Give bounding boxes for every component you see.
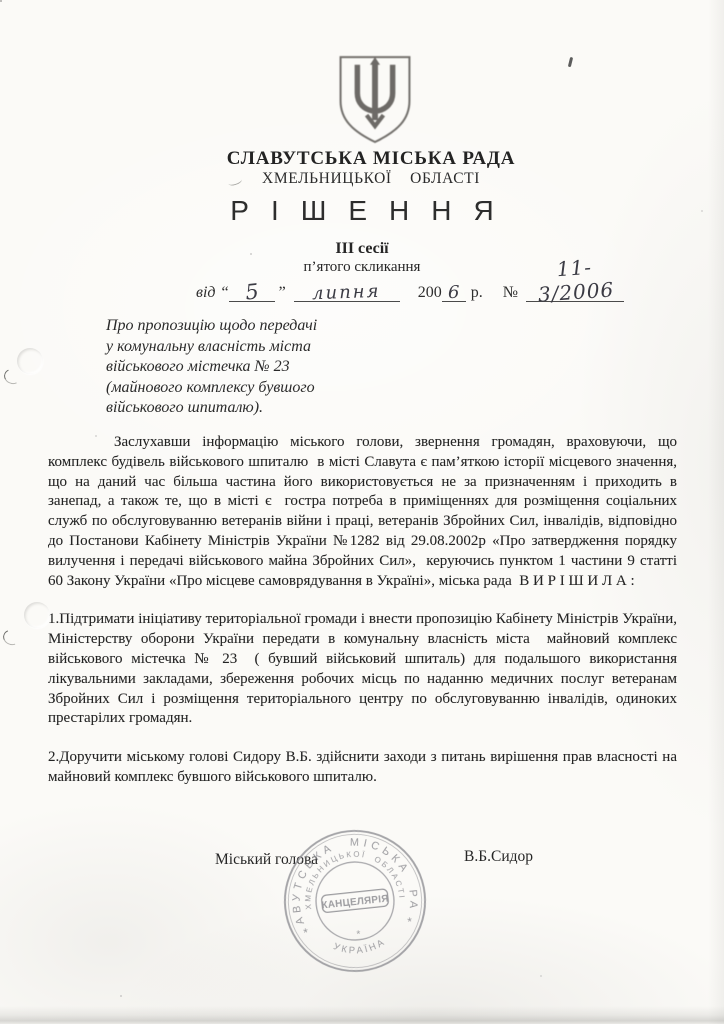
date-prefix: від [196, 284, 215, 302]
doc-number-field: 11-3/2006 [526, 253, 624, 302]
scan-smudge [568, 57, 573, 67]
number-sign: № [503, 284, 518, 302]
stamp-star-left: * [303, 926, 309, 940]
handwritten-year-digit: 6 [448, 282, 459, 303]
handwritten-month: липня [312, 281, 381, 304]
pen-tick-mark [1, 627, 22, 647]
month-field: липня [294, 280, 400, 302]
document-type-title: РІШЕННЯ [0, 195, 724, 227]
office-round-stamp: СЛАВУТСЬКА МІСЬКА РАДА ХМЕЛЬНИЦЬКОЇ ОБЛА… [274, 820, 437, 983]
bottom-scan-shadow [0, 1006, 724, 1024]
document-body: Заслухавши інформацію міського голови, з… [48, 433, 677, 807]
scan-speckles [0, 0, 2, 2]
stamp-ring-outer-text: СЛАВУТСЬКА МІСЬКА РАДА [274, 820, 421, 928]
ukraine-trident-emblem-icon [333, 52, 417, 148]
close-quote: ” [279, 284, 286, 302]
handwritten-doc-number: 11-3/2006 [525, 253, 626, 308]
resolution-item-2: 2.Доручити міському голові Сидору В.Б. з… [48, 748, 677, 788]
signer-name: В.Б.Сидор [464, 848, 533, 866]
open-quote: “ [221, 284, 228, 302]
year-printed: 200 [418, 284, 442, 302]
stamp-star-bottom: * [356, 929, 361, 940]
date-and-number-line: від “ 5 ” липня 200 6 р. № 11-3/2006 [196, 270, 624, 302]
hole-punch-mark [17, 348, 43, 374]
subject-summary: Про пропозицію щодо передачі у комунальн… [106, 316, 374, 419]
day-field: 5 [229, 277, 275, 302]
year-field: 6 [442, 280, 466, 302]
council-name: СЛАВУТСЬКА МІСЬКА РАДА [9, 148, 724, 170]
region-name: ХМЕЛЬНИЦЬКОЇ ОБЛАСТІ [9, 170, 724, 188]
preamble-paragraph: Заслухавши інформацію міського голови, з… [48, 433, 677, 591]
emblem-trident [357, 64, 392, 126]
scanned-decision-document: СЛАВУТСЬКА МІСЬКА РАДА ХМЕЛЬНИЦЬКОЇ ОБЛА… [0, 0, 724, 1024]
year-suffix: р. [471, 284, 483, 302]
stamp-star-right: * [407, 915, 413, 929]
right-edge-shadow [708, 0, 724, 1024]
hole-punch-mark [24, 602, 50, 628]
handwritten-day: 5 [244, 279, 260, 304]
resolution-item-1: 1.Підтримати ініціативу територіальної г… [48, 610, 677, 729]
svg-text:СЛАВУТСЬКА МІСЬКА РАДА: СЛАВУТСЬКА МІСЬКА РАДА [274, 820, 421, 928]
stamp-center-text: КАНЦЕЛЯРІЯ [321, 893, 389, 911]
